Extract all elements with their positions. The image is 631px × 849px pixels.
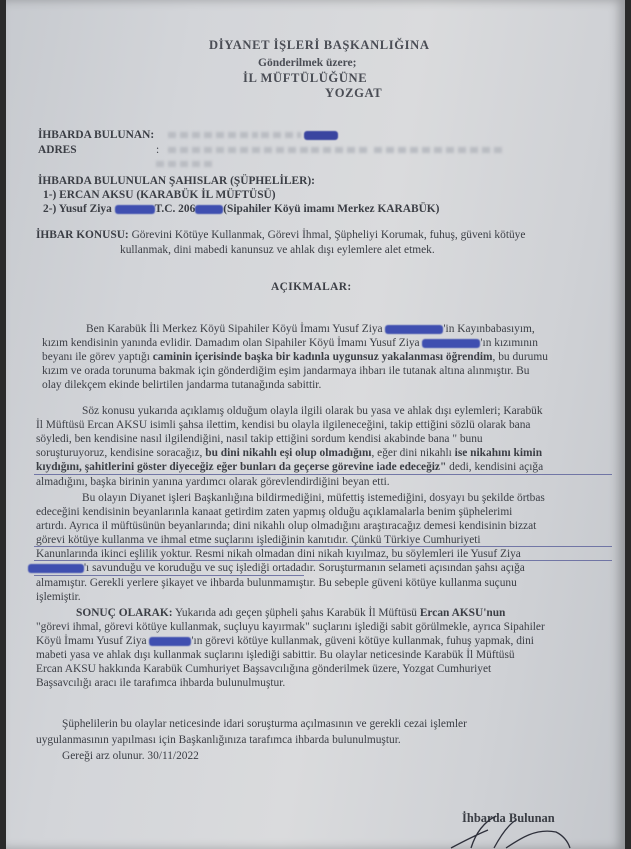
p2-line-2: İl Müftüsü Ercan AKSU isimli şahsa ilett… (36, 418, 530, 432)
p3-line-2: edeceğini kendisinin beyanlarınla kanaat… (36, 505, 512, 519)
p1-line-5: olay dilekçem ekinde belirtilen jandarma… (42, 378, 321, 392)
header-sent-via: Gönderilmek üzere; (258, 56, 356, 70)
suspect-1: 1-) ERCAN AKSU (KARABÜK İL MÜFTÜSÜ) (43, 188, 276, 202)
explanations-title: AÇIKMALAR: (271, 280, 352, 294)
document-page: DİYANET İŞLERİ BAŞKANLIĞINA Gönderilmek … (6, 0, 625, 849)
redaction-id (195, 205, 223, 214)
redaction-surname (115, 205, 155, 214)
p2-line-3: söyledi, ben kendisine nasıl ilgilendiği… (36, 432, 483, 446)
p3-line-8: işlemiştir. (36, 590, 81, 604)
suspects-label: İHBARDA BULUNULAN ŞAHISLAR (ŞÜPHELİLER): (38, 174, 315, 188)
suspect-2-name: 2-) Yusuf Ziya (43, 203, 112, 215)
informant-name-redacted (168, 128, 338, 142)
closing-line-1: Şüphelilerin bu olaylar neticesinde idar… (62, 717, 467, 731)
p2-line-4: soruşturuyoruz, kendisine soracağız, bu … (36, 446, 542, 460)
conclusion-line-6: Başsavcılığı aracı ile tarafımca ihbarda… (36, 676, 285, 690)
header-addressee: DİYANET İŞLERİ BAŞKANLIĞINA (209, 38, 430, 52)
suspect-2-id: T.C. 206 (155, 203, 196, 215)
p2-line-6: almadığını, başka birinin yanına yardımc… (36, 475, 390, 489)
subject-line-2: kullanmak, dini mabedi kanunsuz ve ahlak… (120, 243, 435, 257)
p3-line-7: almamıştır. Gerekli yerlere şikayet ve i… (36, 576, 517, 590)
header-office: İL MÜFTÜLÜĞÜNE (243, 71, 367, 85)
p3-line-4: görevi kötüye kullanma ve ihmal etme suç… (36, 533, 481, 547)
conclusion-line-5: Ercan AKSU hakkında Karabük Cumhuriyet B… (36, 662, 491, 676)
address-value-blurred-2 (156, 157, 216, 171)
informant-label: İHBARDA BULUNAN: (38, 128, 154, 142)
p3-line-3: artırdı. Ayrıca il müftüsünün beyanların… (36, 519, 536, 533)
conclusion-line-4: mabeti yasa ve ahlak dışı kullanmak suçl… (36, 648, 515, 662)
address-label: ADRES (38, 143, 77, 157)
address-value-blurred (168, 143, 504, 157)
header-city: YOZGAT (325, 86, 382, 100)
conclusion-line-1: SONUÇ OLARAK: Yukarıda adı geçen şüpheli… (76, 606, 505, 620)
subject-line-1: İHBAR KONUSU: Görevini Kötüye Kullanmak,… (36, 228, 525, 242)
conclusion-line-2: "görevi ihmal, görevi kötüye kullanmak, … (36, 620, 545, 634)
p1-line-3: beyanı ile görev yaptığı caminin içerisi… (42, 350, 608, 364)
closing-line-2: uygulanmasının yapılması için Başkanlığı… (36, 733, 401, 747)
p3-line-1: Bu olayın Diyanet işleri Başkanlığına bi… (82, 491, 545, 505)
address-colon: : (156, 143, 159, 157)
p2-line-5: kıydığını, şahitlerini göster diyeceğiz … (36, 460, 543, 474)
handwritten-signature (446, 810, 576, 849)
subject-label: İHBAR KONUSU: (36, 229, 129, 241)
conclusion-label: SONUÇ OLARAK: (76, 607, 173, 619)
suspect-2: 2-) Yusuf Ziya T.C. 206(Sipahiler Köyü i… (43, 202, 439, 216)
p3-line-5: Kanunlarında ikinci eşlilik yoktur. Resm… (36, 547, 521, 561)
p1-line-4: kızım ve orada torunuma bakmak için gönd… (42, 364, 529, 378)
p2-line-1: Söz konusu yukarıda açıklamış olduğum ol… (82, 404, 543, 418)
p1-line-1: Ben Karabük İli Merkez Köyü Sipahiler Kö… (86, 322, 606, 336)
p3-line-6: 'ı savunduğu ve koruduğu ve suç işlediği… (28, 561, 525, 575)
suspect-2-role: (Sipahiler Köyü imamı Merkez KARABÜK) (223, 203, 439, 215)
p1-line-2: kızım kendisinin yanında evlidir. Damadı… (42, 336, 608, 350)
closing-date: Gereği arz olunur. 30/11/2022 (62, 749, 199, 763)
conclusion-line-3: Köyü İmamı Yusuf Ziya 'ın görevi kötüye … (36, 634, 534, 648)
